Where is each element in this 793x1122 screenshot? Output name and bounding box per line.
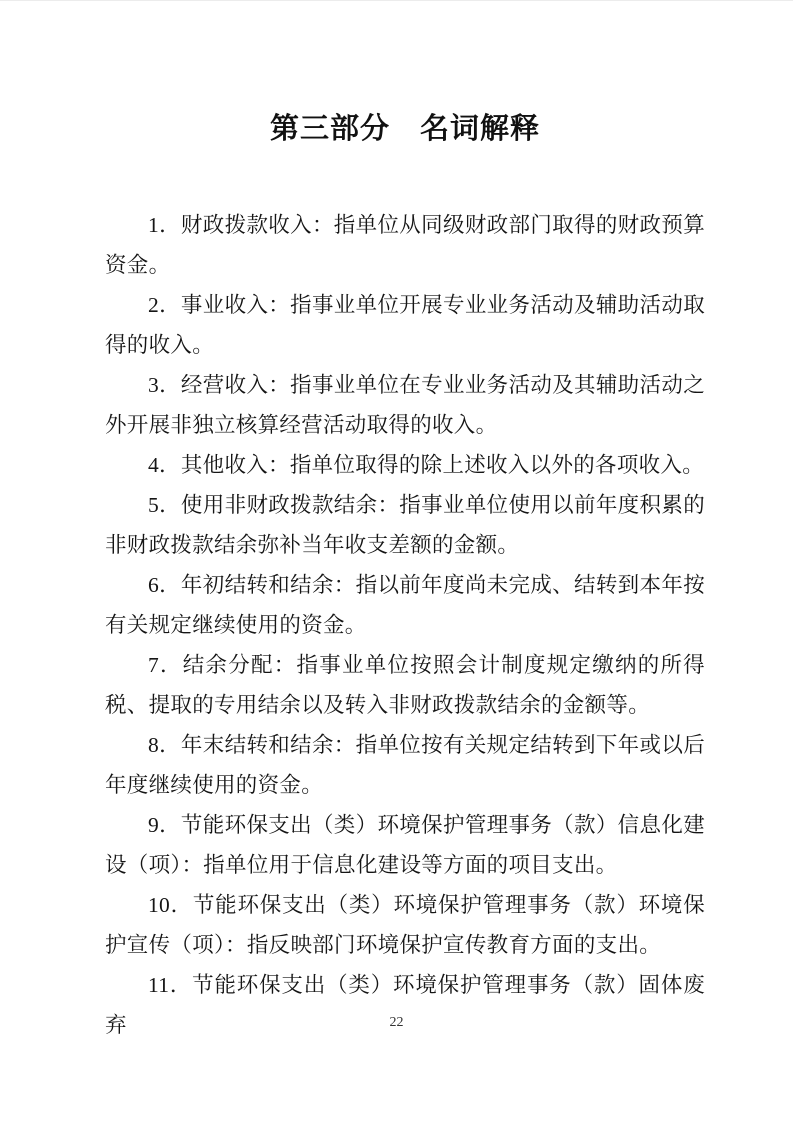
glossary-item-11: 11．节能环保支出（类）环境保护管理事务（款）固体废弃 <box>105 965 705 1045</box>
document-body: 第三部分 名词解释 1．财政拨款收入：指单位从同级财政部门取得的财政预算资金。 … <box>105 1 705 1045</box>
glossary-item-10: 10．节能环保支出（类）环境保护管理事务（款）环境保护宣传（项）：指反映部门环境… <box>105 885 705 965</box>
glossary-item-3: 3．经营收入：指事业单位在专业业务活动及其辅助活动之外开展非独立核算经营活动取得… <box>105 365 705 445</box>
glossary-item-4: 4．其他收入：指单位取得的除上述收入以外的各项收入。 <box>105 445 705 485</box>
glossary-item-6: 6．年初结转和结余：指以前年度尚未完成、结转到本年按有关规定继续使用的资金。 <box>105 565 705 645</box>
page-title: 第三部分 名词解释 <box>105 1 705 151</box>
glossary-item-7: 7．结余分配：指事业单位按照会计制度规定缴纳的所得税、提取的专用结余以及转入非财… <box>105 645 705 725</box>
glossary-item-1: 1．财政拨款收入：指单位从同级财政部门取得的财政预算资金。 <box>105 205 705 285</box>
glossary-item-2: 2．事业收入：指事业单位开展专业业务活动及辅助活动取得的收入。 <box>105 285 705 365</box>
glossary-item-9: 9．节能环保支出（类）环境保护管理事务（款）信息化建设（项）：指单位用于信息化建… <box>105 805 705 885</box>
glossary-item-5: 5．使用非财政拨款结余：指事业单位使用以前年度积累的非财政拨款结余弥补当年收支差… <box>105 485 705 565</box>
document-page: 第三部分 名词解释 1．财政拨款收入：指单位从同级财政部门取得的财政预算资金。 … <box>0 0 793 1122</box>
glossary-item-8: 8．年末结转和结余：指单位按有关规定结转到下年或以后年度继续使用的资金。 <box>105 725 705 805</box>
page-number: 22 <box>0 1015 793 1031</box>
